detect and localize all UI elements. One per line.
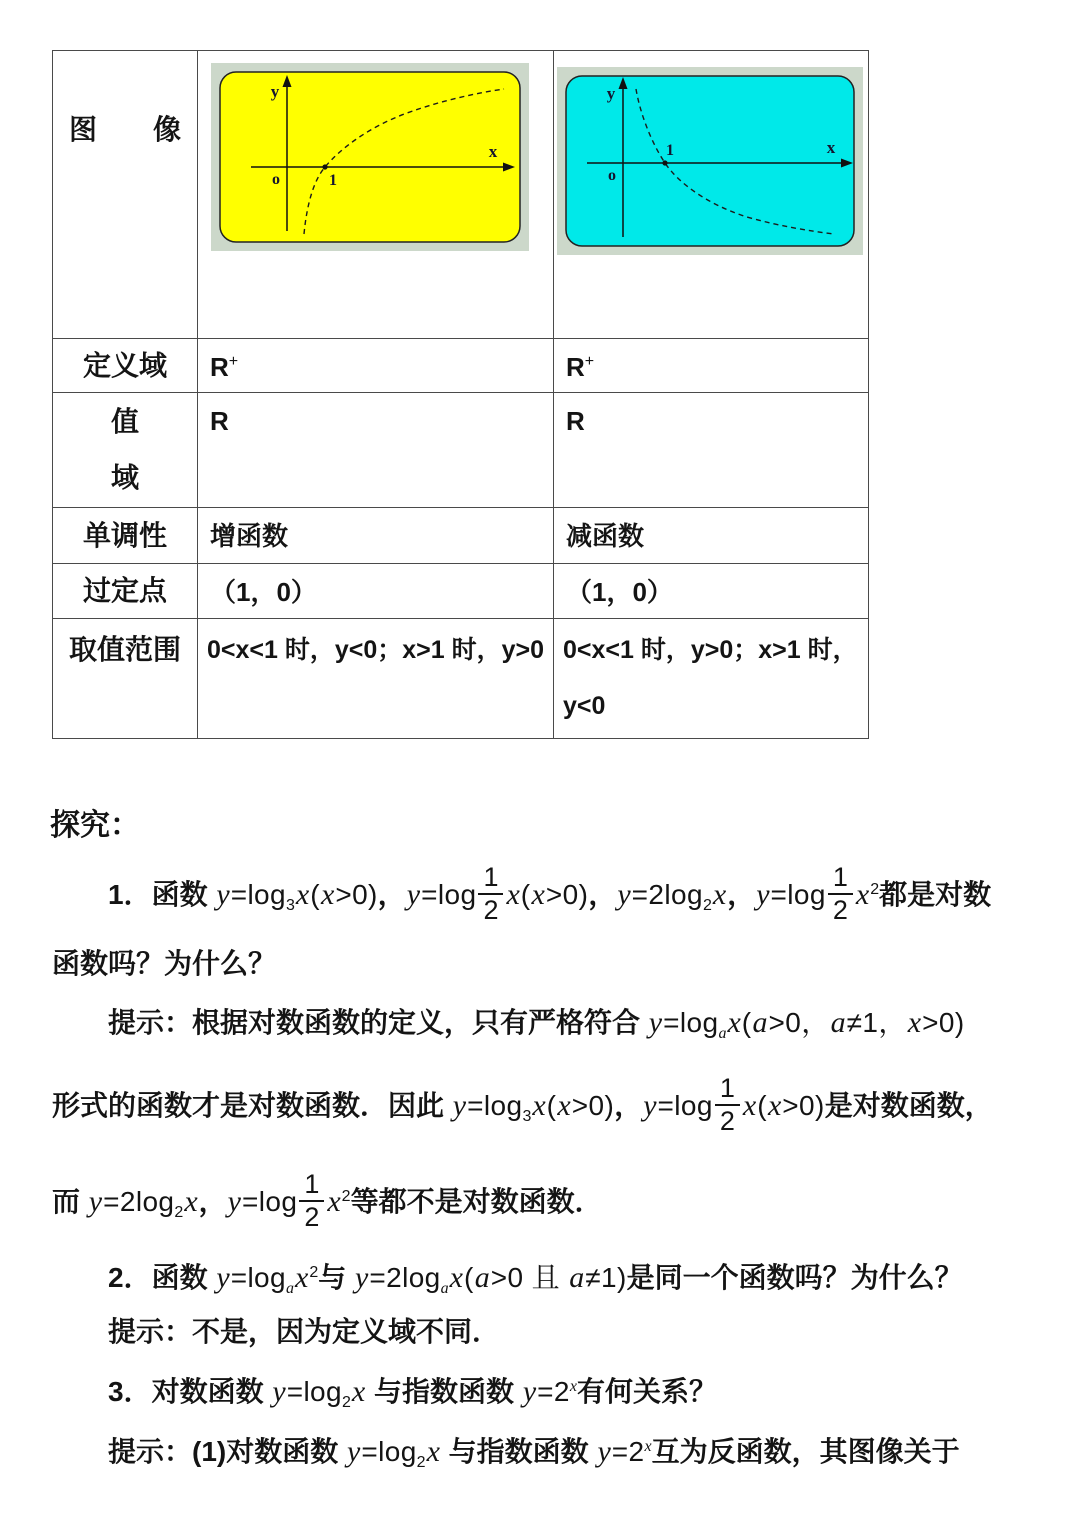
math-i: a <box>474 1261 491 1294</box>
cell-graph-increasing: y x o 1 <box>198 51 554 339</box>
row-label-fixed-point: 过定点 <box>53 564 198 619</box>
body-line-question3: 3．对数函数 y=log2x 与指数函数 y=2x有何关系？ <box>108 1367 717 1423</box>
log-function-table: 图 像 y x o 1 <box>52 50 869 739</box>
math-i: x <box>449 1261 464 1294</box>
row-label-monotonicity: 单调性 <box>53 508 198 564</box>
point-1-0-dot <box>662 160 667 165</box>
math-isup: x <box>570 1378 577 1395</box>
math-f: =log <box>361 1436 416 1467</box>
math-i: y <box>596 1435 611 1468</box>
math-sup: 2 <box>309 1264 318 1281</box>
math-frac: 12 <box>299 1169 324 1231</box>
math-i: y <box>88 1185 103 1218</box>
math-i: a <box>568 1261 585 1294</box>
math-i: y <box>271 1375 286 1408</box>
cell-domain-decreasing: R+ <box>554 339 868 393</box>
math-f: =log <box>242 1186 297 1217</box>
math-i: x <box>712 878 727 911</box>
math-i: x <box>556 1089 571 1122</box>
origin-label: o <box>272 171 280 188</box>
math-frac: 12 <box>715 1073 740 1135</box>
math-i: y <box>215 878 230 911</box>
math-f: ≠1， <box>847 1007 907 1038</box>
math-i: y <box>406 878 421 911</box>
math-isub: a <box>286 1280 294 1297</box>
math-i: x <box>294 1261 309 1294</box>
math-i: y <box>452 1089 467 1122</box>
math-i: x <box>855 878 870 911</box>
cell-fixed-point-increasing: （1，0） <box>198 564 554 619</box>
y-axis-label: y <box>271 82 280 101</box>
math-frac: 12 <box>828 862 853 924</box>
point-1-label: 1 <box>329 172 337 189</box>
cell-value-range-increasing: 0<x<1 时，y<0；x>1 时，y>0 <box>198 619 554 738</box>
math-f: ( <box>521 879 531 910</box>
math-f: >0) <box>922 1007 964 1038</box>
math-f: =log <box>421 879 476 910</box>
math-f: >0) <box>335 879 377 910</box>
math-i: x <box>726 1006 741 1039</box>
document-page: 图 像 y x o 1 <box>0 0 1080 1526</box>
math-f: =log <box>658 1090 713 1121</box>
point-1-0-dot <box>322 164 327 169</box>
point-1-label: 1 <box>666 142 674 159</box>
math-sub: 2 <box>417 1454 426 1471</box>
x-axis-label: x <box>827 138 836 157</box>
math-f: >0) <box>546 879 588 910</box>
math-i: x <box>426 1435 441 1468</box>
row-label-value-range: 取值范围 <box>53 619 198 738</box>
math-sup: 2 <box>342 1188 351 1205</box>
row-label-range: 值 域 <box>53 393 198 508</box>
math-i: x <box>531 1089 546 1122</box>
math-f: ( <box>464 1262 474 1293</box>
math-i: y <box>227 1185 242 1218</box>
math-f: =2log <box>103 1186 174 1217</box>
math-f: =2 <box>612 1436 645 1467</box>
math-sup: 2 <box>870 881 879 898</box>
body-line-hint1-cont2: 而 y=2log2x，y=log12x2等都不是对数函数． <box>52 1157 603 1253</box>
math-i: x <box>742 1089 757 1122</box>
math-i: a <box>752 1006 769 1039</box>
x-axis-label: x <box>489 142 498 161</box>
increasing-log-graph: y x o 1 <box>211 63 529 251</box>
math-f: =2 <box>537 1376 570 1407</box>
section-heading-exploration: 探究： <box>50 806 140 846</box>
math-i: a <box>830 1006 847 1039</box>
origin-label: o <box>608 167 616 184</box>
cell-monotonicity-decreasing: 减函数 <box>554 508 868 564</box>
math-f: ( <box>547 1090 557 1121</box>
body-line-question2: 2．函数 y=logax2与 y=2logax(a>0 且 a≠1)是同一个函数… <box>108 1253 963 1309</box>
body-line-hint1: 提示：根据对数函数的定义，只有严格符合 y=logax(a>0，a≠1，x>0) <box>108 1003 965 1054</box>
math-i: y <box>354 1261 369 1294</box>
math-i: y <box>522 1375 537 1408</box>
math-f: =2log <box>632 879 703 910</box>
math-i: y <box>215 1261 230 1294</box>
body-line-question1-cont: 函数吗？为什么？ <box>52 944 276 984</box>
math-i: y <box>642 1089 657 1122</box>
math-sub: 2 <box>703 897 712 914</box>
math-f: ( <box>757 1090 767 1121</box>
math-i: x <box>505 878 520 911</box>
math-f: >0， <box>769 1007 830 1038</box>
math-sub: 3 <box>522 1108 531 1125</box>
math-i: y <box>616 878 631 911</box>
math-f: ( <box>742 1007 752 1038</box>
math-sup: + <box>585 353 594 370</box>
math-i: x <box>183 1185 198 1218</box>
math-i: y <box>346 1435 361 1468</box>
cell-value-range-decreasing: 0<x<1 时，y>0；x>1 时， y<0 <box>554 619 868 738</box>
math-isub: a <box>441 1280 449 1297</box>
cell-domain-increasing: R+ <box>198 339 554 393</box>
math-i: x <box>320 878 335 911</box>
cell-fixed-point-decreasing: （1，0） <box>554 564 868 619</box>
graph-background <box>220 72 520 242</box>
math-i: y <box>648 1006 663 1039</box>
math-sub: 2 <box>342 1394 351 1411</box>
body-line-hint2: 提示：不是，因为定义域不同． <box>108 1312 500 1352</box>
math-f: >0 且 <box>491 1262 568 1293</box>
decreasing-log-graph: y x o 1 <box>557 67 863 255</box>
math-i: y <box>755 878 770 911</box>
y-axis-label: y <box>607 84 616 103</box>
cell-graph-decreasing: y x o 1 <box>554 51 868 339</box>
math-i: x <box>295 878 310 911</box>
row-label-domain: 定义域 <box>53 339 198 393</box>
math-f: =log <box>231 1262 286 1293</box>
cell-range-decreasing: R <box>554 393 868 508</box>
body-line-hint1-cont1: 形式的函数才是对数函数．因此 y=log3x(x>0)，y=log12x(x>0… <box>52 1066 993 1157</box>
math-i: x <box>907 1006 922 1039</box>
body-line-hint3: 提示：(1)对数函数 y=log2x 与指数函数 y=2x互为反函数，其图像关于 <box>108 1427 960 1483</box>
math-f: >0) <box>782 1090 824 1121</box>
math-f: ≠1) <box>585 1262 626 1293</box>
math-i: x <box>326 1185 341 1218</box>
math-i: x <box>531 878 546 911</box>
cell-range-increasing: R <box>198 393 554 508</box>
math-f: >0) <box>572 1090 614 1121</box>
math-f: =log <box>771 879 826 910</box>
body-line-question1: 1．函数 y=log3x(x>0)，y=log12x(x>0)，y=2log2x… <box>108 850 991 946</box>
math-i: x <box>351 1375 366 1408</box>
cell-monotonicity-increasing: 增函数 <box>198 508 554 564</box>
math-isup: x <box>645 1438 652 1455</box>
math-sub: 2 <box>174 1204 183 1221</box>
math-f: =log <box>467 1090 522 1121</box>
math-i: x <box>767 1089 782 1122</box>
math-sub: 3 <box>286 897 295 914</box>
math-f: =log <box>287 1376 342 1407</box>
math-f: =2log <box>369 1262 440 1293</box>
math-frac: 12 <box>478 862 503 924</box>
math-f: ( <box>310 879 320 910</box>
math-sup: + <box>229 353 238 370</box>
math-f: =log <box>231 879 286 910</box>
row-label-image: 图 像 <box>53 51 198 339</box>
math-f: =log <box>663 1007 718 1038</box>
